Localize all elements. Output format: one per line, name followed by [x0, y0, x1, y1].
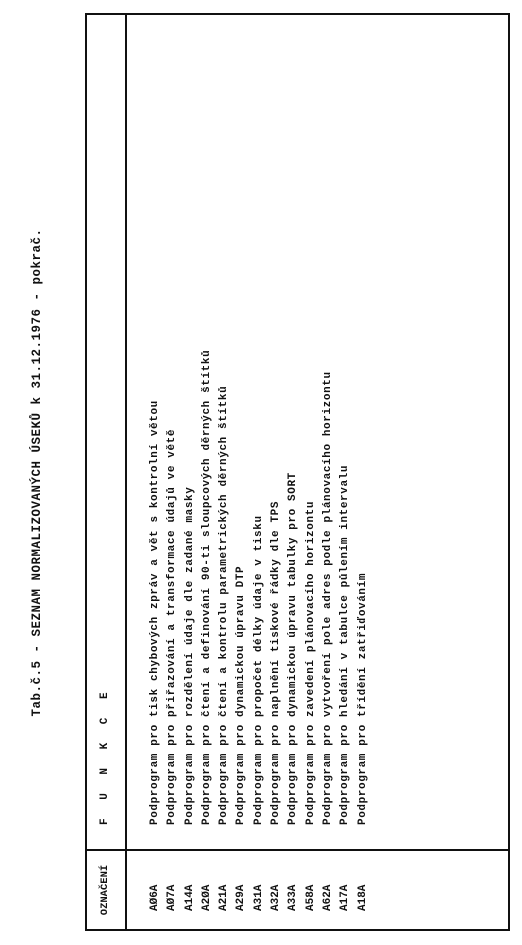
table-row: A29APodprogram pro dynamickou úpravu DTP: [235, 15, 252, 929]
table-title: Tab.č.5 - SEZNAM NORMALIZOVANÝCH ÚSEKŮ k…: [30, 0, 44, 945]
row-function: Podprogram pro čtení a definování 90-ti …: [201, 350, 213, 825]
row-code: AØ7A: [166, 851, 178, 911]
row-code: A21A: [218, 851, 230, 911]
table-row: AØ6APodprogram pro tisk chybových zpráv …: [149, 15, 166, 929]
table-body: AØ6APodprogram pro tisk chybových zpráv …: [149, 15, 374, 929]
row-function: Podprogram pro hledání v tabulce půlením…: [339, 465, 351, 825]
row-function: Podprogram pro rozdělení údaje dle zadan…: [184, 487, 196, 825]
row-code: AØ6A: [149, 851, 161, 911]
table-row: A62APodprogram pro vytvoření pole adres …: [322, 15, 339, 929]
row-code: A32A: [270, 851, 282, 911]
row-function: Podprogram pro tisk chybových zpráv a vě…: [149, 400, 161, 825]
row-function: Podprogram pro zavedení plánovacího hori…: [305, 501, 317, 825]
table-row: AØ7APodprogram pro přiřazování a transfo…: [166, 15, 183, 929]
row-code: A17A: [339, 851, 351, 911]
row-code: A2ØA: [201, 851, 213, 911]
row-function: Podprogram pro čtení a kontrolu parametr…: [218, 386, 230, 825]
row-code: A18A: [357, 851, 369, 911]
row-code: A14A: [184, 851, 196, 911]
table-row: A14APodprogram pro rozdělení údaje dle z…: [184, 15, 201, 929]
table-row: A32APodprogram pro naplnění tiskové řádk…: [270, 15, 287, 929]
table-row: A18APodprogram pro třídění zatřiďováním: [357, 15, 374, 929]
header-divider: [125, 15, 127, 929]
segments-table: OZNAČENÍ F U N K C E AØ6APodprogram pro …: [85, 13, 510, 931]
table-row: A33APodprogram pro dynamickou úpravu tab…: [287, 15, 304, 929]
table-row: A31APodprogram pro propočet délky údaje …: [253, 15, 270, 929]
column-header-code: OZNAČENÍ: [99, 851, 111, 929]
table-row: A58APodprogram pro zavedení plánovacího …: [305, 15, 322, 929]
column-header-function: F U N K C E: [99, 686, 111, 825]
row-code: A31A: [253, 851, 265, 911]
row-function: Podprogram pro vytvoření pole adres podl…: [322, 371, 334, 825]
table-row: A2ØAPodprogram pro čtení a definování 90…: [201, 15, 218, 929]
table-row: A21APodprogram pro čtení a kontrolu para…: [218, 15, 235, 929]
row-function: Podprogram pro propočet délky údaje v ti…: [253, 515, 265, 825]
row-code: A58A: [305, 851, 317, 911]
row-code: A29A: [235, 851, 247, 911]
row-function: Podprogram pro přiřazování a transformac…: [166, 429, 178, 825]
row-function: Podprogram pro dynamickou úpravu tabulky…: [287, 472, 299, 825]
document-page: Tab.č.5 - SEZNAM NORMALIZOVANÝCH ÚSEKŮ k…: [0, 0, 522, 945]
row-code: A33A: [287, 851, 299, 911]
row-function: Podprogram pro třídění zatřiďováním: [357, 573, 369, 825]
table-row: A17APodprogram pro hledání v tabulce půl…: [339, 15, 356, 929]
row-code: A62A: [322, 851, 334, 911]
row-function: Podprogram pro naplnění tiskové řádky dl…: [270, 501, 282, 825]
row-function: Podprogram pro dynamickou úpravu DTP: [235, 566, 247, 825]
